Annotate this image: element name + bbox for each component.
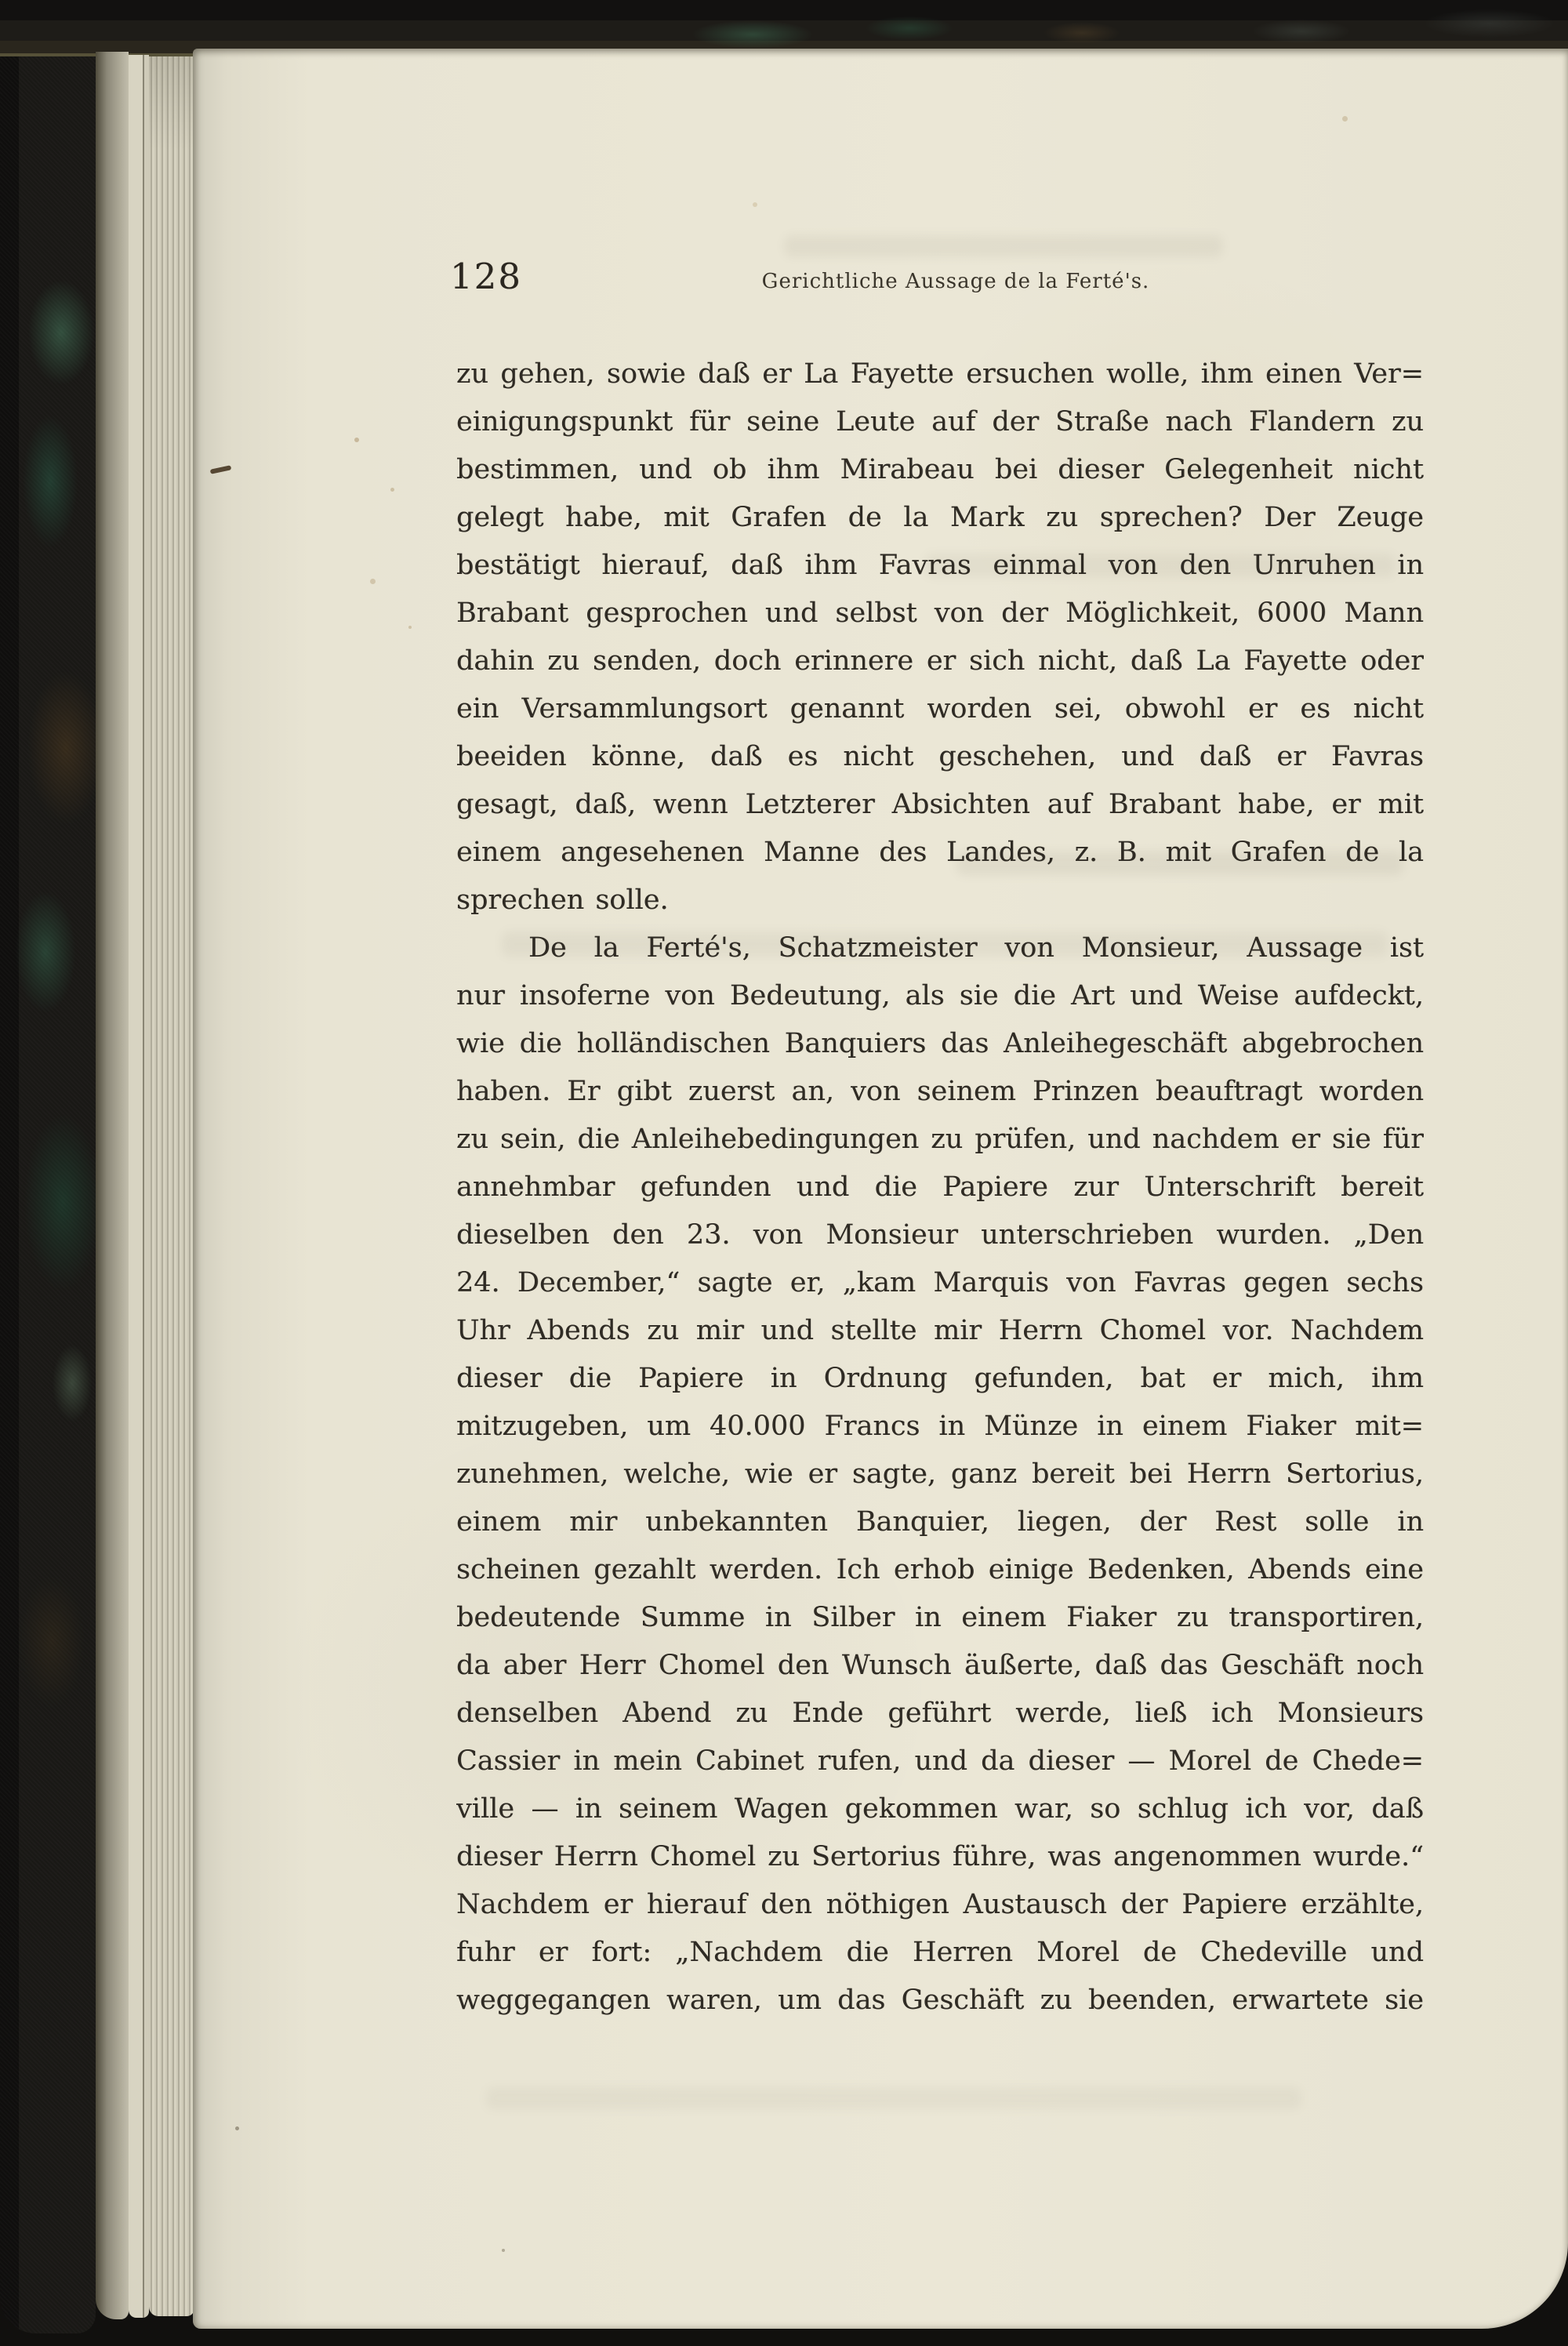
text-line: einem angesehenen Manne des Landes, z. B… <box>456 829 1424 877</box>
text-line: da aber Herr Chomel den Wunsch äußerte, … <box>456 1642 1424 1690</box>
text-line: ville — in seinem Wagen gekommen war, so… <box>456 1785 1424 1833</box>
text-line: zunehmen, welche, wie er sagte, ganz ber… <box>456 1451 1424 1498</box>
text-line: dahin zu senden, doch erinnere er sich n… <box>456 637 1424 685</box>
text-line: gelegt habe, mit Grafen de la Mark zu sp… <box>456 494 1424 542</box>
text-line: bedeutende Summe in Silber in einem Fiak… <box>456 1594 1424 1642</box>
page-body: zu gehen, sowie daß er La Fayette ersuch… <box>456 350 1424 2025</box>
text-line: fuhr er fort: „Nachdem die Herren Morel … <box>456 1929 1424 1977</box>
foxing-spot <box>370 579 376 584</box>
text-line: Nachdem er hierauf den nöthigen Austausc… <box>456 1881 1424 1929</box>
foxing-spot <box>408 626 412 629</box>
page-edge-strip <box>129 55 149 2318</box>
text-line: wie die holländischen Banquiers das Anle… <box>456 1020 1424 1068</box>
text-line: dieselben den 23. von Monsieur unterschr… <box>456 1211 1424 1259</box>
text-line: Cassier in mein Cabinet rufen, und da di… <box>456 1738 1424 1785</box>
text-line: Brabant gesprochen und selbst von der Mö… <box>456 590 1424 637</box>
text-line: dieser die Papiere in Ordnung gefunden, … <box>456 1355 1424 1403</box>
text-line: haben. Er gibt zuerst an, von seinem Pri… <box>456 1068 1424 1116</box>
text-line: bestätigt hierauf, daß ihm Favras einmal… <box>456 542 1424 590</box>
page-edge-stack <box>149 56 194 2316</box>
text-line: mitzugeben, um 40.000 Francs in Münze in… <box>456 1403 1424 1451</box>
page-edge-strip <box>96 52 129 2319</box>
text-line: annehmbar gefunden und die Papiere zur U… <box>456 1164 1424 1211</box>
dust-speck <box>502 2249 505 2252</box>
show-through-text <box>784 235 1223 257</box>
text-line: ein Versammlungsort genannt worden sei, … <box>456 685 1424 733</box>
text-line: einem mir unbekannten Banquier, liegen, … <box>456 1498 1424 1546</box>
text-line: bestimmen, und ob ihm Mirabeau bei diese… <box>456 446 1424 494</box>
running-head: Gerichtliche Aussage de la Ferté's. <box>488 270 1424 293</box>
text-line: denselben Abend zu Ende geführt werde, l… <box>456 1690 1424 1738</box>
text-line: weggegangen waren, um das Geschäft zu be… <box>456 1977 1424 2025</box>
text-line: dieser Herrn Chomel zu Sertorius führe, … <box>456 1833 1424 1881</box>
dust-speck <box>235 2126 239 2130</box>
text-line: zu gehen, sowie daß er La Fayette ersuch… <box>456 350 1424 398</box>
foxing-spot <box>1342 116 1348 122</box>
text-line: 24. December,“ sagte er, „kam Marquis vo… <box>456 1259 1424 1307</box>
text-line: gesagt, daß, wenn Letzterer Absichten au… <box>456 781 1424 829</box>
text-line: De la Ferté's, Schatzmeister von Monsieu… <box>456 924 1424 972</box>
foxing-spot <box>354 438 359 442</box>
show-through-text <box>486 2087 1301 2109</box>
text-line: Uhr Abends zu mir und stellte mir Herrn … <box>456 1307 1424 1355</box>
foxing-spot <box>753 202 757 207</box>
text-line: einigungspunkt für seine Leute auf der S… <box>456 398 1424 446</box>
text-line: sprechen solle. <box>456 877 1424 924</box>
text-line: zu sein, die Anleihebedingungen zu prüfe… <box>456 1116 1424 1164</box>
book-cover-spine <box>0 27 96 2333</box>
text-line: beeiden könne, daß es nicht geschehen, u… <box>456 733 1424 781</box>
foxing-spot <box>390 488 394 492</box>
text-line: scheinen gezahlt werden. Ich erhob einig… <box>456 1546 1424 1594</box>
text-line: nur insoferne von Bedeutung, als sie die… <box>456 972 1424 1020</box>
